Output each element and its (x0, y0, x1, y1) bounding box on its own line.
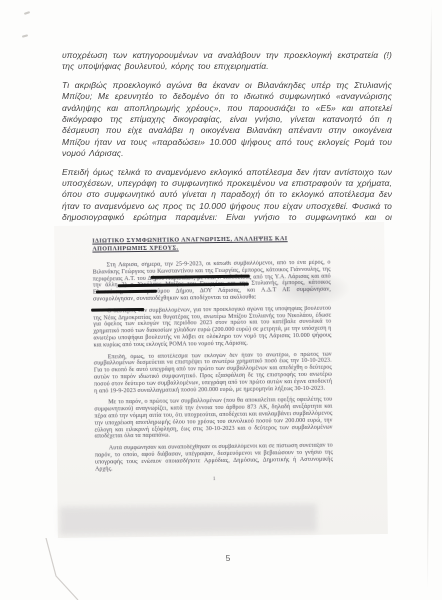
scan-paragraph-1: Στη Λάρισα, σήμερα, την 25-9-2023, οι κά… (93, 260, 331, 304)
scan-paragraph-5: Αυτά συμφώνησαν και συναποδέχθηκαν οι συ… (95, 443, 333, 473)
scan-content: ΙΔΙΩΤΙΚΟ ΣΥΜΦΩΝΗΤΙΚΟ ΑΝΑΓΝΩΡΙΣΗΣ, ΑΝΑΛΗΨ… (92, 235, 333, 484)
scan-speck (24, 11, 30, 15)
article-paragraph-1: υποχρέωση των κατηγορουμένων να αναλάβου… (62, 50, 392, 73)
scan-paragraph-2: Ο δεύτερος των συμβαλλομένων, για τον πρ… (93, 305, 331, 349)
page-number: 5 (222, 553, 234, 563)
scan-smudge (60, 504, 317, 535)
scan-paragraph-3: Επειδή, όμως, το αποτέλεσμα των εκλογών … (94, 351, 332, 395)
page-curl-line (44, 538, 82, 600)
embedded-scan-agreement: ΙΔΙΩΤΙΚΟ ΣΥΜΦΩΝΗΤΙΚΟ ΑΝΑΓΝΩΡΙΣΗΣ, ΑΝΑΛΗΨ… (54, 222, 388, 538)
scan-speck (22, 34, 28, 37)
page-edge-line (427, 6, 432, 588)
article-paragraph-2: Τι ακριβώς προεκλογικό αγώνα θα έκαναν ο… (62, 80, 392, 160)
article-text: υποχρέωση των κατηγορουμένων να αναλάβου… (62, 50, 392, 235)
scan-page-number: 1 (95, 475, 333, 484)
document-page: υποχρέωση των κατηγορουμένων να αναλάβου… (0, 0, 442, 600)
scan-paragraph-4: Με το παρόν, ο πρώτος των συμβαλλομένων … (94, 397, 332, 441)
scan-title: ΙΔΙΩΤΙΚΟ ΣΥΜΦΩΝΗΤΙΚΟ ΑΝΑΓΝΩΡΙΣΗΣ, ΑΝΑΛΗΨ… (92, 235, 290, 253)
